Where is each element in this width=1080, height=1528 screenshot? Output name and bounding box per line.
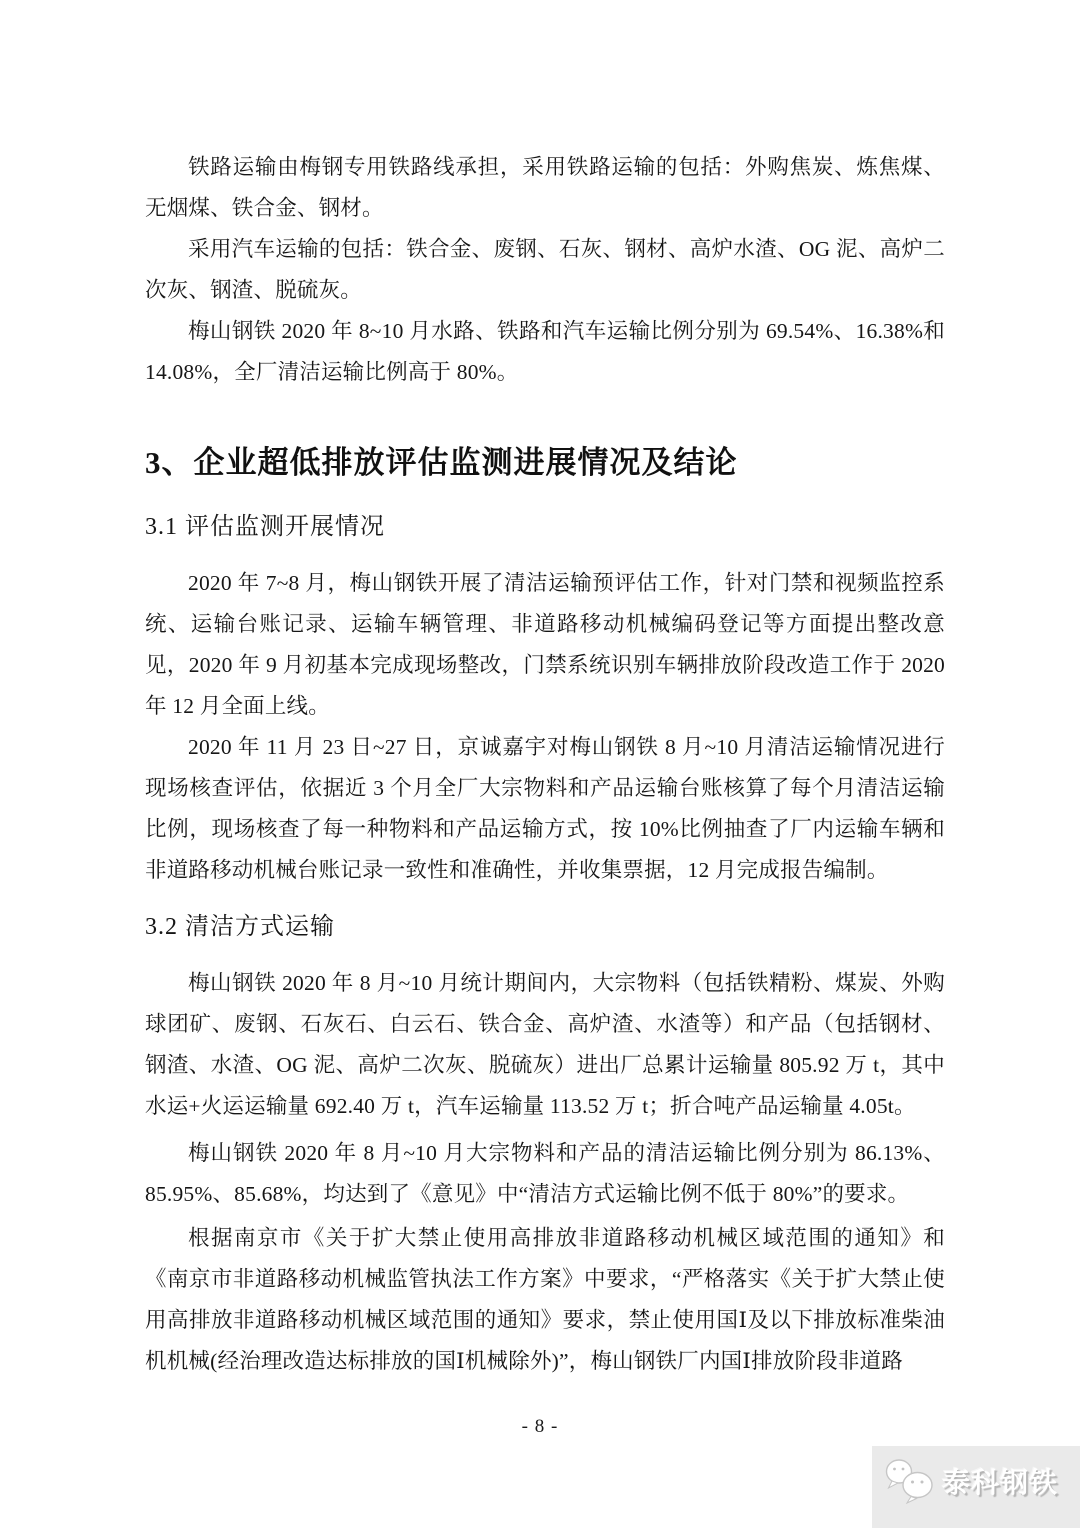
section-3-1-heading: 3.1 评估监测开展情况 bbox=[145, 510, 965, 544]
paragraph-rail-transport: 铁路运输由梅钢专用铁路线承担，采用铁路运输的包括：外购焦炭、炼焦煤、无烟煤、铁合… bbox=[145, 147, 945, 229]
section-3-2-paragraph-2: 梅山钢铁 2020 年 8 月~10 月大宗物料和产品的清洁运输比例分别为 86… bbox=[145, 1133, 945, 1215]
section-3-1-paragraph-2: 2020 年 11 月 23 日~27 日，京诚嘉宇对梅山钢铁 8 月~10 月… bbox=[145, 727, 945, 891]
paragraph-transport-ratio: 梅山钢铁 2020 年 8~10 月水路、铁路和汽车运输比例分别为 69.54%… bbox=[145, 311, 945, 393]
section-3-heading: 3、企业超低排放评估监测进展情况及结论 bbox=[145, 440, 965, 486]
section-3-2-paragraph-1: 梅山钢铁 2020 年 8 月~10 月统计期间内，大宗物料（包括铁精粉、煤炭、… bbox=[145, 963, 945, 1127]
section-3-2-heading: 3.2 清洁方式运输 bbox=[145, 910, 965, 944]
watermark: 泰科钢铁 bbox=[872, 1446, 1080, 1528]
page-number: - 8 - bbox=[0, 1414, 1080, 1440]
wechat-icon bbox=[884, 1458, 936, 1504]
watermark-label: 泰科钢铁 bbox=[942, 1461, 1058, 1501]
section-3-2-paragraph-3: 根据南京市《关于扩大禁止使用高排放非道路移动机械区域范围的通知》和《南京市非道路… bbox=[145, 1218, 945, 1382]
section-3-1-paragraph-1: 2020 年 7~8 月，梅山钢铁开展了清洁运输预评估工作，针对门禁和视频监控系… bbox=[145, 563, 945, 727]
document-page: 铁路运输由梅钢专用铁路线承担，采用铁路运输的包括：外购焦炭、炼焦煤、无烟煤、铁合… bbox=[0, 0, 1080, 1528]
paragraph-truck-transport: 采用汽车运输的包括：铁合金、废钢、石灰、钢材、高炉水渣、OG 泥、高炉二次灰、钢… bbox=[145, 229, 945, 311]
